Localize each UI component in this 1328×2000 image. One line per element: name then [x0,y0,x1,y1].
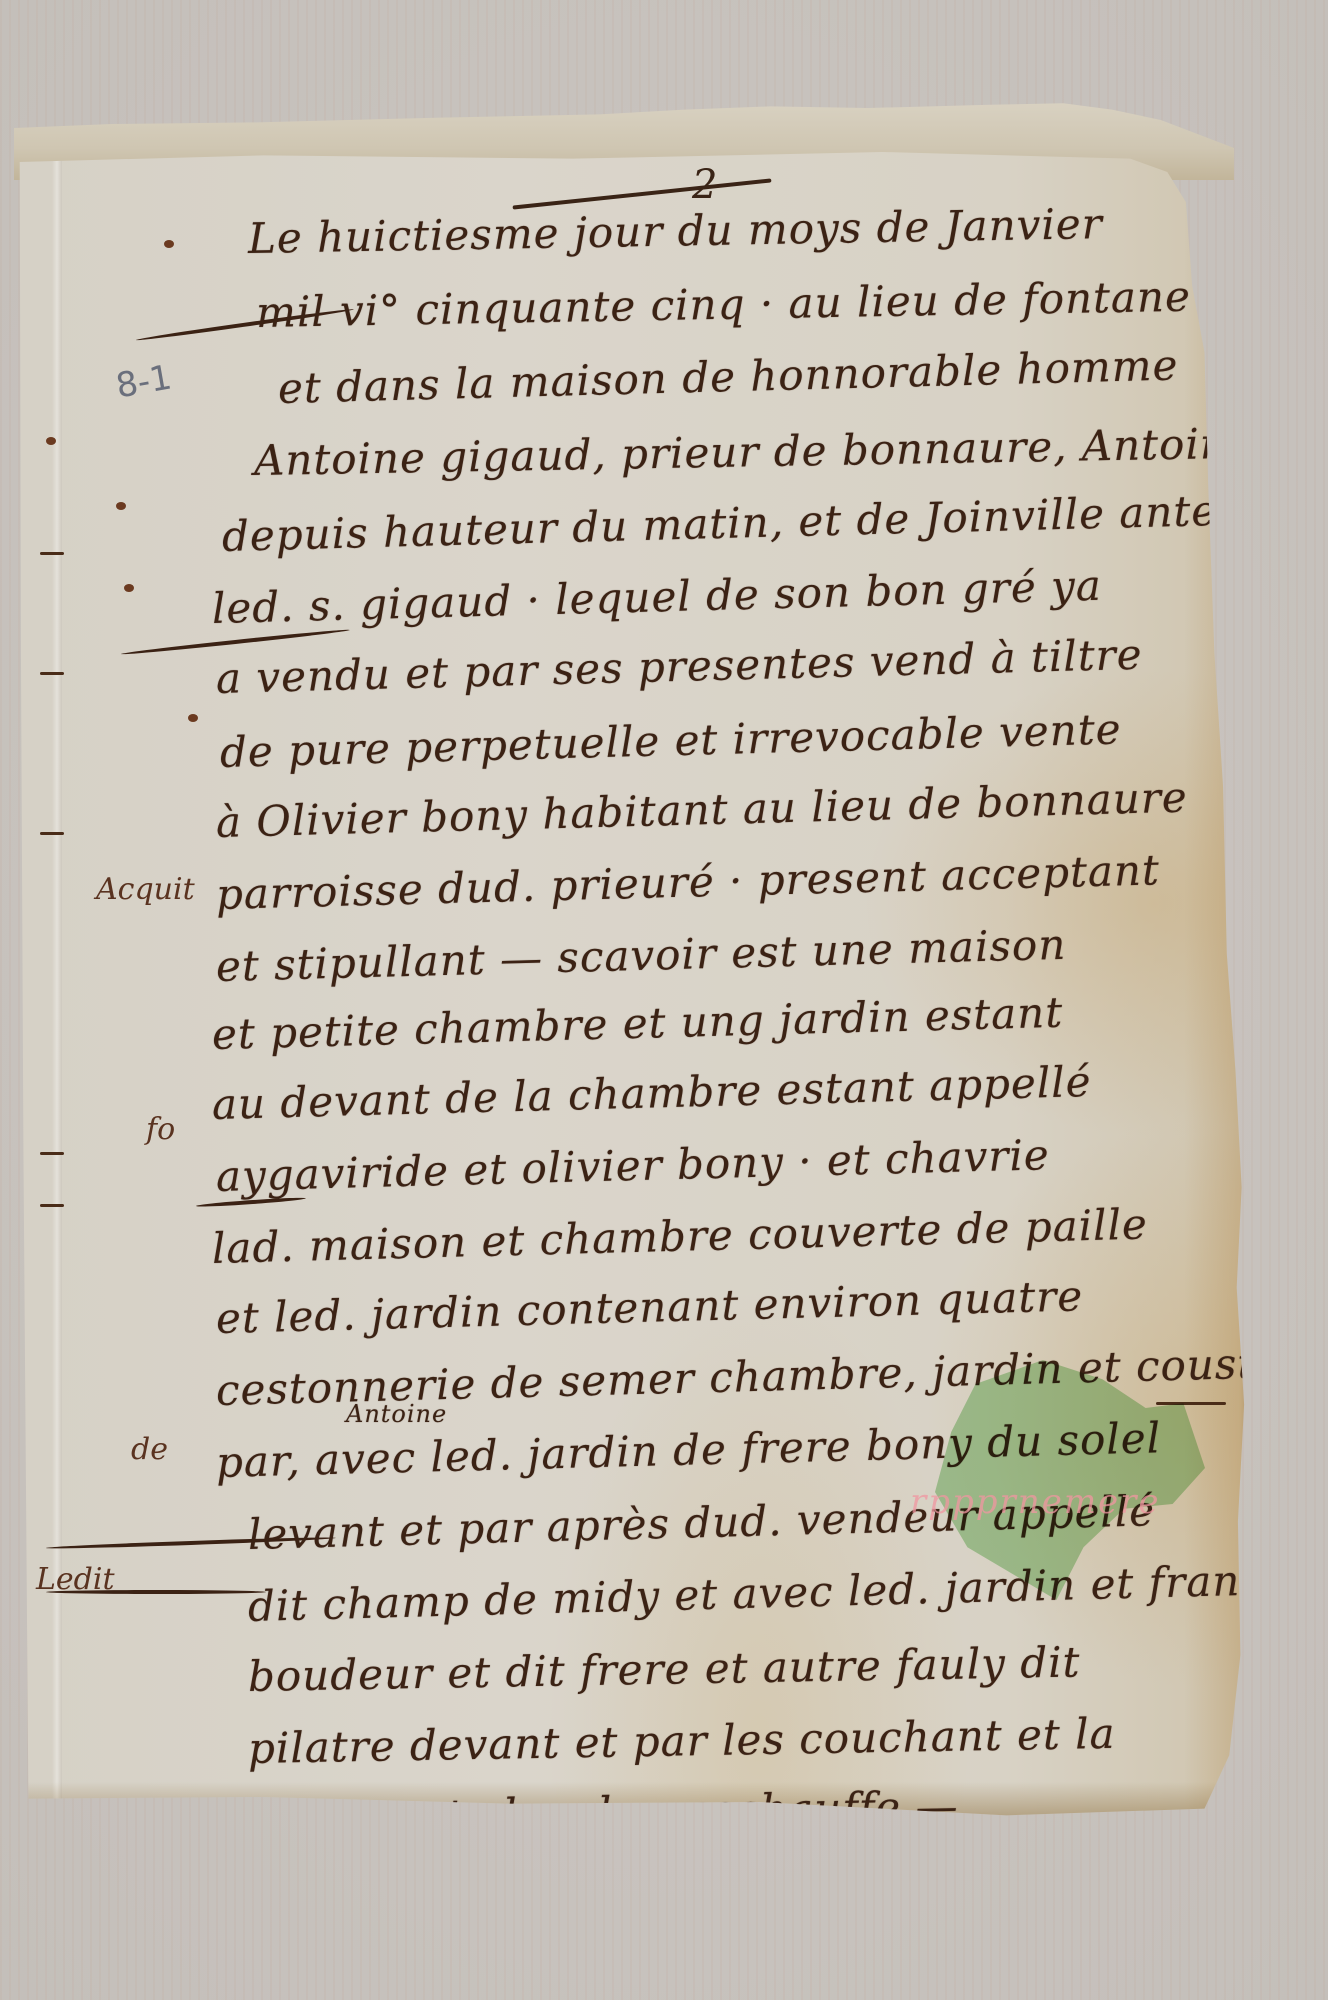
text-line-4: Antoine gigaud, prieur de bonnaure, Anto… [254,419,1255,485]
text-line-13: au devant de la chambre estant appellé [211,1057,1092,1129]
margin-dash [40,672,64,675]
text-line-11: et stipullant — scavoir est une maison [215,920,1067,991]
margin-mark: de [131,1432,168,1467]
flourish [46,1590,266,1594]
text-line-15: lad. maison et chambre couverte de paill… [211,1200,1148,1273]
text-line-5: depuis hauteur du matin, et de Joinville… [221,484,1300,561]
margin-ink-dot [188,714,198,722]
margin-dash [40,552,64,555]
text-line-14: aygaviride et olivier bony · et chavrie [215,1130,1050,1201]
text-line-20: dit champ de midy et avec led. jardin et… [247,1556,1241,1631]
margin-dash [40,832,64,835]
stamp-watermark: rppprnemere [910,1482,1161,1522]
margin-dash [40,1204,64,1207]
text-line-21: boudeur et dit frere et autre fauly dit [248,1637,1081,1701]
text-line-12: et petite chambre et ung jardin estant [211,988,1063,1059]
interlinear-note: Antoine [346,1400,447,1428]
folio-number: 2 [692,162,717,208]
margin-ink-dot [46,437,56,445]
text-line-7: a vendu et par ses presentes vend à tilt… [215,630,1143,703]
pencil-margin-note: 8-1 [113,357,175,406]
margin-ink-dot [124,584,134,592]
line-end-dash [1156,1402,1226,1405]
line-end-dash [1136,1828,1236,1831]
margin-mark-loop: Acquit [96,872,195,907]
margin-dash [40,1152,64,1155]
margin-ink-dot [164,240,174,248]
text-line-8: de pure perpetuelle et irrevocable vente [219,704,1122,777]
text-line-2: mil vi° cinquante cinq · au lieu de font… [256,272,1192,337]
text-line-1: Le huictiesme jour du moys de Janvier [248,199,1104,263]
text-line-22: pilatre devant et par les couchant et la [248,1709,1116,1773]
margin-ink-dot [116,502,126,510]
margin-mark: fo [146,1112,175,1147]
text-line-16: et led. jardin contenant environ quatre [215,1271,1083,1343]
text-line-10: parroisse dud. prieuré · present accepta… [215,845,1160,919]
text-line-3: et dans la maison de honnorable homme [277,340,1179,413]
text-line-6: led. s. gigaud · lequel de son bon gré y… [211,561,1102,633]
text-line-9: à Olivier bony habitant au lieu de bonna… [215,773,1188,847]
